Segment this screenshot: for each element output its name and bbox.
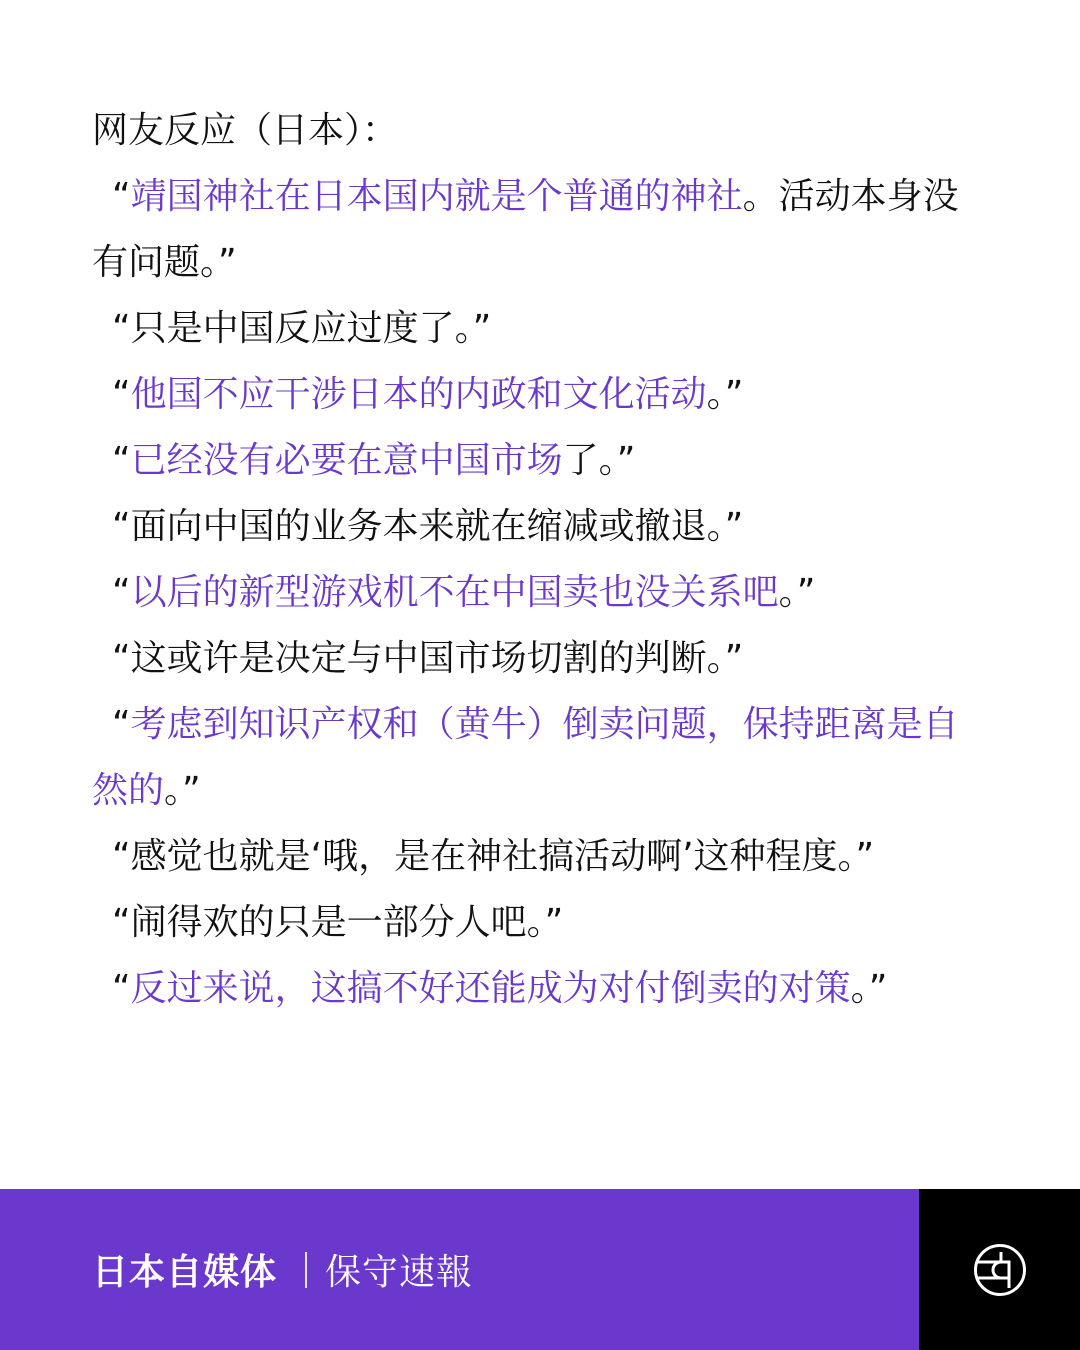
close-quote: ” <box>545 902 564 943</box>
quote-highlight: 考虑到知识产权和（黄牛）倒卖问题，保持距离是自然的 <box>92 704 959 811</box>
open-quote: “ <box>112 308 131 349</box>
close-quote: ” <box>869 968 888 1009</box>
close-quote: ” <box>617 440 636 481</box>
quote-highlight: 以后的新型游戏机不在中国卖也没关系吧 <box>131 572 779 613</box>
quote-2: “只是中国反应过度了。” <box>92 296 992 362</box>
quote-3: “他国不应干涉日本的内政和文化活动。” <box>92 362 992 428</box>
quote-text: 面向中国的业务本来就在缩减或撤退。 <box>131 506 725 547</box>
close-quote: ” <box>473 308 492 349</box>
open-quote: “ <box>112 572 131 613</box>
quote-text: 。 <box>779 572 797 613</box>
close-quote: ” <box>182 770 201 811</box>
quote-text: 。 <box>707 374 725 415</box>
close-quote: ” <box>725 638 744 679</box>
close-quote: ” <box>856 836 875 877</box>
circle-logo-icon <box>973 1243 1027 1297</box>
open-quote: “ <box>112 968 131 1009</box>
quote-text: 这或许是决定与中国市场切割的判断。 <box>131 638 725 679</box>
quote-text: 了。 <box>563 440 617 481</box>
heading: 网友反应（日本）： <box>92 98 992 164</box>
close-quote: ” <box>218 242 237 283</box>
quote-text: 。 <box>164 770 182 811</box>
open-quote: “ <box>112 374 131 415</box>
open-quote: “ <box>112 704 131 745</box>
quote-highlight: 他国不应干涉日本的内政和文化活动 <box>131 374 707 415</box>
close-quote: ” <box>725 374 744 415</box>
quote-1: “靖国神社在日本国内就是个普通的神社。活动本身没有问题。” <box>92 164 992 296</box>
quote-7: “这或许是决定与中国市场切割的判断。” <box>92 626 992 692</box>
article-body: 网友反应（日本）： “靖国神社在日本国内就是个普通的神社。活动本身没有问题。” … <box>92 98 992 1022</box>
quote-text: 闹得欢的只是一部分人吧。 <box>131 902 545 943</box>
footer-bar: 日本自媒体 保守速報 <box>0 1189 1080 1350</box>
quote-text: 。 <box>851 968 869 1009</box>
footer-subtitle: 保守速報 <box>325 1244 473 1295</box>
quote-10: “闹得欢的只是一部分人吧。” <box>92 890 992 956</box>
open-quote: “ <box>112 440 131 481</box>
quote-5: “面向中国的业务本来就在缩减或撤退。” <box>92 494 992 560</box>
logo-panel <box>919 1189 1080 1350</box>
open-quote: “ <box>112 836 131 877</box>
quote-4: “已经没有必要在意中国市场了。” <box>92 428 992 494</box>
quote-11: “反过来说，这搞不好还能成为对付倒卖的对策。” <box>92 956 992 1022</box>
quote-highlight: 靖国神社在日本国内就是个普通的神社 <box>131 176 743 217</box>
close-quote: ” <box>725 506 744 547</box>
quote-highlight: 反过来说，这搞不好还能成为对付倒卖的对策 <box>131 968 851 1009</box>
footer-divider <box>305 1252 307 1288</box>
quote-6: “以后的新型游戏机不在中国卖也没关系吧。” <box>92 560 992 626</box>
open-quote: “ <box>112 638 131 679</box>
quote-9: “感觉也就是‘哦，是在神社搞活动啊’这种程度。” <box>92 824 992 890</box>
quote-highlight: 已经没有必要在意中国市场 <box>131 440 563 481</box>
quote-text: 只是中国反应过度了。 <box>131 308 473 349</box>
open-quote: “ <box>112 506 131 547</box>
open-quote: “ <box>112 902 131 943</box>
close-quote: ” <box>797 572 816 613</box>
footer-brand: 日本自媒体 <box>92 1244 277 1295</box>
footer-brand-panel: 日本自媒体 保守速報 <box>0 1189 919 1350</box>
quote-8: “考虑到知识产权和（黄牛）倒卖问题，保持距离是自然的。” <box>92 692 992 824</box>
open-quote: “ <box>112 176 131 217</box>
quote-text: 感觉也就是‘哦，是在神社搞活动啊’这种程度。 <box>131 836 856 877</box>
